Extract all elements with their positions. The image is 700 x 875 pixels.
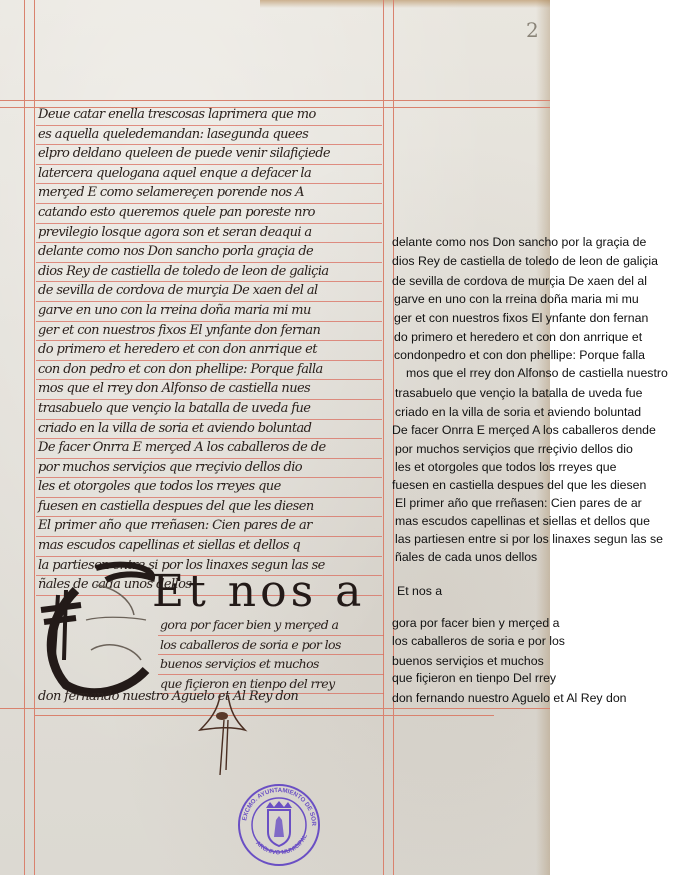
manuscript-line: les et otorgoles que todos los rreyes qu… (36, 478, 382, 498)
transcription-line: mas escudos capellinas et siellas et del… (395, 514, 650, 529)
transcription-line: les et otorgoles que todos los rreyes qu… (395, 460, 616, 475)
transcription-line: garve en uno con la rreina doña maria mi… (394, 292, 639, 307)
manuscript-line: buenos serviçios et muchos (158, 655, 384, 675)
transcription-line: don fernando nuestro Aguelo et Al Rey do… (392, 691, 627, 706)
manuscript-line: do primero et heredero et con don anrriq… (36, 341, 382, 361)
manuscript-line: ger et con nuestros fixos El ynfante don… (36, 322, 382, 342)
transcription-line: De facer Onrra E merçed A los caballeros… (392, 423, 656, 438)
transcription-line: mos que el rrey don Alfonso de castiella… (406, 366, 668, 381)
transcription-line: ger et con nuestros fixos El ynfante don… (394, 311, 648, 326)
transcription-line: dios Rey de castiella de toledo de leon … (392, 254, 658, 269)
ruling-line (0, 708, 550, 709)
transcription-line: fuesen en castiella despues del que les … (392, 478, 646, 493)
transcription-line: El primer año que rreñasen: Cien pares d… (395, 496, 642, 511)
ruling-line (34, 0, 35, 875)
transcription-line: por muchos serviçios que rreçivio dellos… (395, 442, 633, 457)
manuscript-line: previlegio losque agora son et seran dea… (36, 224, 382, 244)
manuscript-line: por muchos serviçios que rreçivio dellos… (36, 459, 382, 479)
manuscript-text-block: Deue catar enella trescosas laprimera qu… (36, 106, 382, 596)
transcription-line: ñales de cada unos dellos (395, 550, 537, 565)
manuscript-line: mas escudos capellinas et siellas et del… (36, 537, 382, 557)
manuscript-line: catando esto queremos quele pan poreste … (36, 204, 382, 224)
manuscript-line: es aquella queledemandan: lasegunda quee… (36, 126, 382, 146)
manuscript-line: latercera quelogana aquel enque a deface… (36, 165, 382, 185)
manuscript-line: Deue catar enella trescosas laprimera qu… (36, 106, 382, 126)
manuscript-line: criado en la villa de soria et aviendo b… (36, 420, 382, 440)
manuscript-line: trasabuelo que vençio la batalla de uved… (36, 400, 382, 420)
transcription-line: las partiesen entre si por los linaxes s… (395, 532, 663, 547)
transcription-line: trasabuelo que vençio la batalla de uved… (395, 386, 643, 401)
manuscript-line: garve en uno con la rreina doña maria mi… (36, 302, 382, 322)
manuscript-line: merçed E como selamereçen porende nos A (36, 184, 382, 204)
signature-flourish-icon (190, 690, 260, 780)
folio-number: 2 (526, 18, 539, 42)
archive-stamp-icon: EXCMO. AYUNTAMIENTO DE SORIA ARCHIVO MUN… (236, 782, 322, 868)
manuscript-lower-block: gora por facer bien y merçed a los cabal… (158, 616, 384, 694)
transcription-line: delante como nos Don sancho por la graçi… (392, 235, 646, 250)
transcription-line: gora por facer bien y merçed a (392, 616, 559, 631)
ruling-line (34, 715, 494, 716)
manuscript-line: gora por facer bien y merçed a (158, 616, 384, 636)
manuscript-line: El primer año que rreñasen: Cien pares d… (36, 517, 382, 537)
transcription-line: buenos serviçios et muchos (392, 654, 544, 669)
ruling-line (383, 0, 384, 875)
paper-stain (260, 0, 550, 8)
decorated-initial-icon (36, 560, 156, 700)
transcription-line: que fiçieron en tienpo Del rrey (392, 671, 556, 686)
manuscript-line: De facer Onrra E merçed A los caballeros… (36, 439, 382, 459)
manuscript-line: elpro deldano queleen de puede venir sil… (36, 145, 382, 165)
ruling-line (24, 0, 25, 875)
transcription-line: de sevilla de cordova de murçia De xaen … (392, 274, 647, 289)
manuscript-line: mos que el rrey don Alfonso de castiella… (36, 380, 382, 400)
manuscript-line: dios Rey de castiella de toledo de leon … (36, 263, 382, 283)
transcription-line: Et nos a (397, 584, 442, 599)
ruling-line (0, 100, 550, 101)
transcription-line: do primero et heredero et con don anrriq… (394, 330, 642, 345)
manuscript-line: los caballeros de soria e por los (158, 636, 384, 656)
transcription-line: los caballeros de soria e por los (392, 634, 565, 649)
manuscript-line: delante como nos Don sancho porla graçia… (36, 243, 382, 263)
manuscript-line: con don pedro et con don phellipe: Porqu… (36, 361, 382, 381)
manuscript-line: de sevilla de cordova de murçia De xaen … (36, 282, 382, 302)
transcription-line: criado en la villa de soria et aviendo b… (395, 405, 641, 420)
transcription-line: condonpedro et con don phellipe: Porque … (394, 348, 645, 363)
manuscript-heading: Et nos a (152, 566, 365, 617)
manuscript-line: fuesen en castiella despues del que les … (36, 498, 382, 518)
